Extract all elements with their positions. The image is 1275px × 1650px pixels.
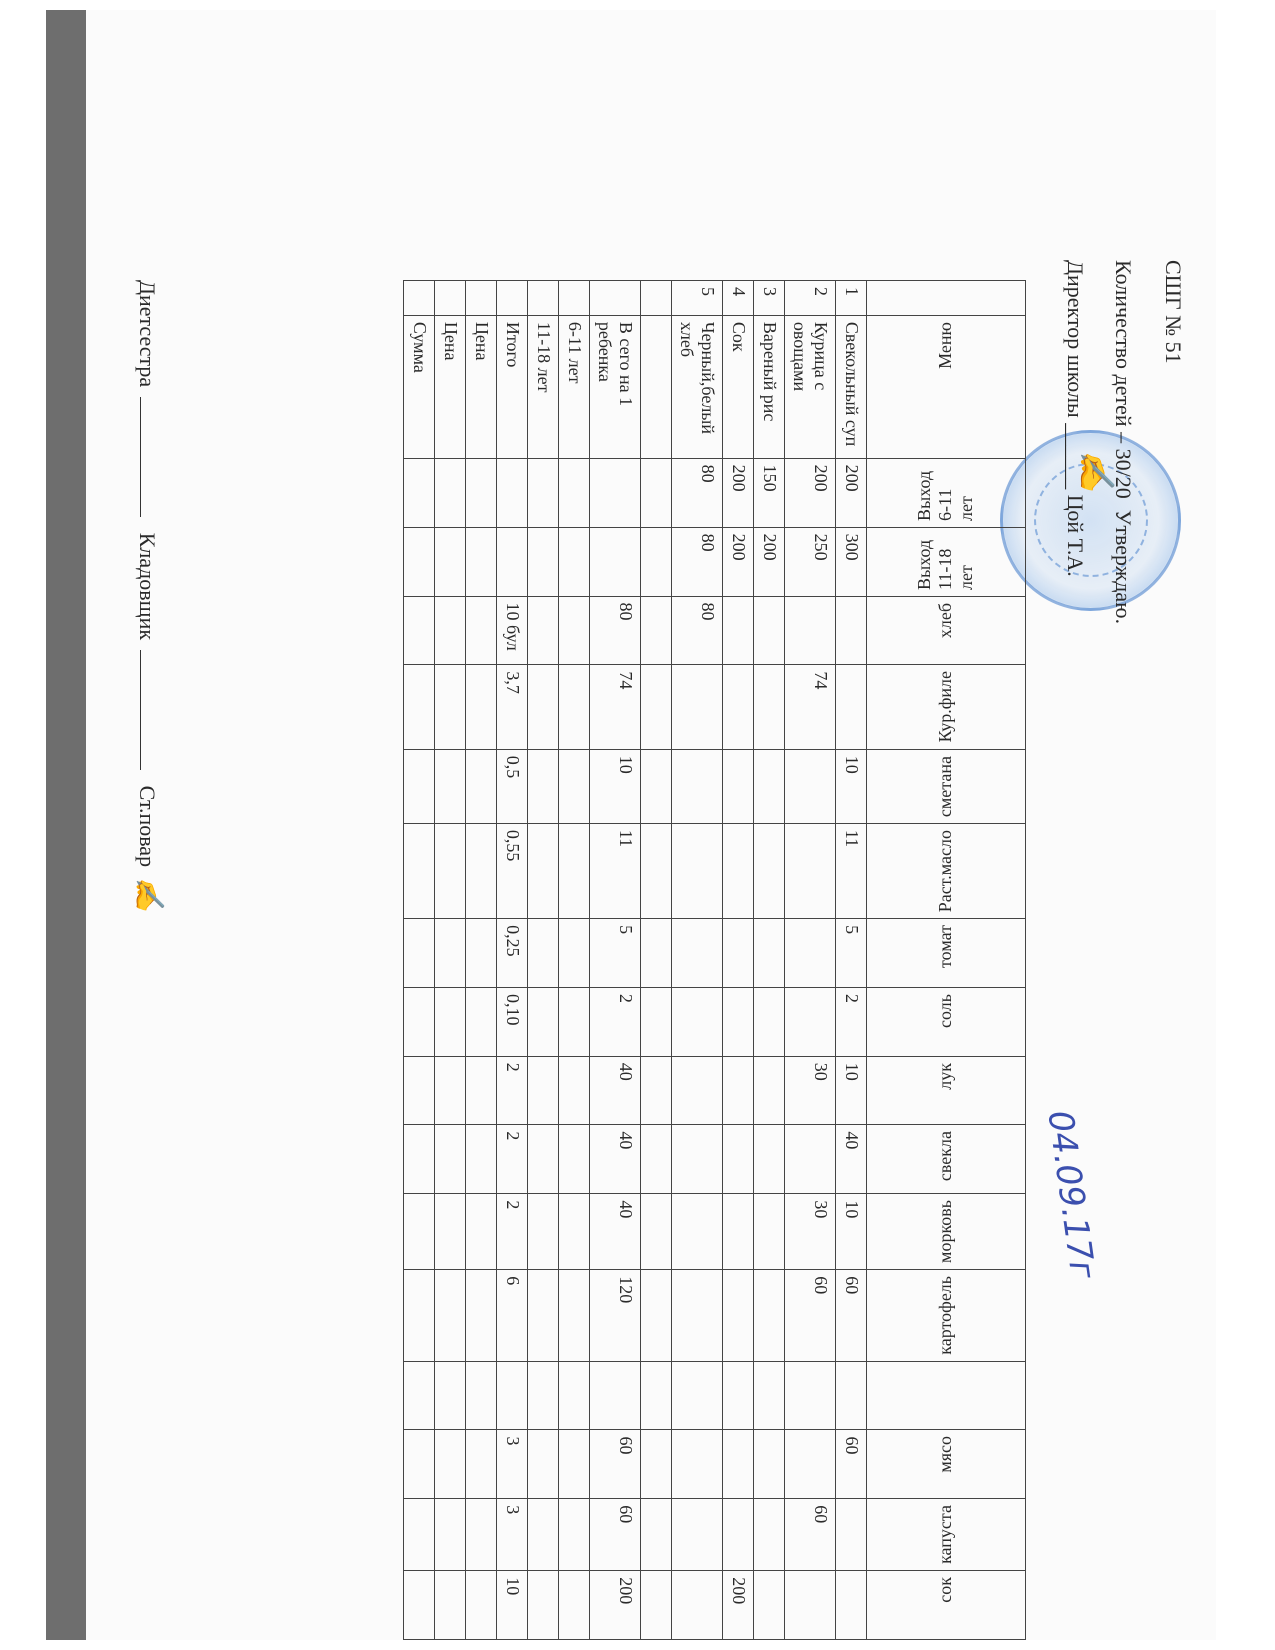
table-row: Сумма [404, 281, 435, 1640]
table-cell [466, 1430, 497, 1499]
table-cell [672, 987, 723, 1056]
column-header: соль [867, 987, 1026, 1056]
director-signature-icon: ✍ [1076, 450, 1116, 492]
table-cell [785, 1125, 836, 1194]
table-cell [672, 1056, 723, 1125]
table-cell: 2 [836, 987, 867, 1056]
table-cell [754, 1571, 785, 1640]
table-cell [528, 1499, 559, 1571]
table-cell [528, 281, 559, 316]
table-cell: 40 [590, 1056, 641, 1125]
table-cell [466, 458, 497, 527]
storekeeper-signature-line [140, 650, 141, 770]
table-row [641, 281, 672, 1640]
table-cell [754, 1056, 785, 1125]
table-cell: 150 [754, 458, 785, 527]
table-cell [435, 919, 466, 988]
table-cell [497, 1362, 528, 1430]
table-cell [723, 1194, 754, 1270]
table-cell: 5 [836, 919, 867, 988]
table-cell [754, 823, 785, 918]
dietitian-label: Диетсестра [135, 280, 160, 387]
table-cell [435, 1056, 466, 1125]
column-header [867, 281, 1026, 316]
table-cell [672, 749, 723, 823]
column-header: капуста [867, 1499, 1026, 1571]
table-cell [435, 823, 466, 918]
table-cell [466, 1125, 497, 1194]
table-cell [641, 1194, 672, 1270]
table-cell [590, 1362, 641, 1430]
table-cell [435, 749, 466, 823]
table-cell [528, 596, 559, 665]
table-cell [836, 1499, 867, 1571]
signatures-footer: Диетсестра Кладовщик Ст.повар✍ [133, 280, 166, 922]
table-row: 3Вареный рис150200 [754, 281, 785, 1640]
table-cell: 3,7 [497, 665, 528, 749]
table-cell [754, 749, 785, 823]
table-cell: 10 [836, 749, 867, 823]
table-cell: 3 [754, 281, 785, 316]
table-cell [466, 1056, 497, 1125]
table-cell: Сумма [404, 315, 435, 458]
table-cell: 1 [836, 281, 867, 316]
table-cell [672, 1571, 723, 1640]
table-cell: 60 [836, 1270, 867, 1362]
column-header: Выход 6-11 лет [867, 458, 1026, 527]
table-cell: 74 [785, 665, 836, 749]
column-header: лук [867, 1056, 1026, 1125]
table-cell [435, 1194, 466, 1270]
table-cell [435, 596, 466, 665]
column-header: Выход 11-18 лет [867, 527, 1026, 596]
table-cell [466, 1499, 497, 1571]
table-cell [723, 1499, 754, 1571]
table-cell [435, 1499, 466, 1571]
table-cell [590, 527, 641, 596]
children-count: Количество детей – 30/20 Утверждаю. [1110, 260, 1136, 624]
table-cell [559, 1362, 590, 1430]
table-cell [559, 1125, 590, 1194]
table-cell [836, 596, 867, 665]
table-cell: 5 [590, 919, 641, 988]
scan-edge [46, 10, 86, 1640]
table-cell [466, 1362, 497, 1430]
table-cell: 10 бул [497, 596, 528, 665]
table-cell [672, 665, 723, 749]
table-cell: 0,10 [497, 987, 528, 1056]
table-cell [641, 919, 672, 988]
table-cell [559, 1571, 590, 1640]
table-cell [672, 1270, 723, 1362]
table-cell [559, 1270, 590, 1362]
table-cell [404, 1056, 435, 1125]
table-cell [641, 987, 672, 1056]
table-cell [528, 1362, 559, 1430]
table-cell [641, 1362, 672, 1430]
table-cell [404, 665, 435, 749]
table-cell: 30 [785, 1194, 836, 1270]
table-cell [641, 749, 672, 823]
table-row: 2Курица с овощами2002507430306060 [785, 281, 836, 1640]
table-cell [497, 458, 528, 527]
table-cell [723, 919, 754, 988]
table-row: 6-11 лет [559, 281, 590, 1640]
dietitian-signature-line [140, 397, 141, 517]
table-row: В сего на 1 ребенка807410115240404012060… [590, 281, 641, 1640]
table-cell [404, 596, 435, 665]
table-cell: 30 [785, 1056, 836, 1125]
table-cell [466, 527, 497, 596]
table-cell: Курица с овощами [785, 315, 836, 458]
table-cell [404, 1571, 435, 1640]
table-cell [672, 1362, 723, 1430]
table-cell [641, 281, 672, 316]
table-cell [528, 749, 559, 823]
table-cell [404, 1362, 435, 1430]
table-cell: 200 [723, 527, 754, 596]
table-cell: Итого [497, 315, 528, 458]
table-cell: Вареный рис [754, 315, 785, 458]
table-cell: 74 [590, 665, 641, 749]
table-cell [435, 1430, 466, 1499]
table-cell [466, 665, 497, 749]
table-cell: Свекольный суп [836, 315, 867, 458]
table-cell: 60 [590, 1430, 641, 1499]
table-cell [466, 919, 497, 988]
table-cell [528, 823, 559, 918]
table-cell [528, 1194, 559, 1270]
table-cell: 60 [785, 1499, 836, 1571]
table-cell [672, 823, 723, 918]
table-cell: 80 [590, 596, 641, 665]
table-cell [466, 823, 497, 918]
table-cell [466, 596, 497, 665]
table-cell [785, 919, 836, 988]
table-cell [785, 987, 836, 1056]
table-cell [641, 665, 672, 749]
table-cell [754, 1362, 785, 1430]
table-cell: Цена [435, 315, 466, 458]
handwritten-date: 04.09.17г [1039, 1108, 1102, 1281]
storekeeper-label: Кладовщик [135, 533, 160, 640]
table-cell [559, 823, 590, 918]
table-cell [466, 749, 497, 823]
table-cell [559, 458, 590, 527]
table-cell [723, 1056, 754, 1125]
table-cell [528, 1056, 559, 1125]
column-header: Кур.филе [867, 665, 1026, 749]
table-cell [528, 1125, 559, 1194]
table-cell: 3 [497, 1430, 528, 1499]
table-cell: 60 [590, 1499, 641, 1571]
document-page: СШГ № 51 Количество детей – 30/20 Утверж… [86, 10, 1216, 1640]
table-cell [528, 919, 559, 988]
table-cell [528, 1270, 559, 1362]
table-cell [528, 987, 559, 1056]
table-cell [559, 1194, 590, 1270]
table-cell [723, 1125, 754, 1194]
table-row: Итого10 бул3,70,50,550,250,1022263310 [497, 281, 528, 1640]
table-cell [404, 527, 435, 596]
table-cell: 10 [590, 749, 641, 823]
column-header: томат [867, 919, 1026, 988]
table-cell [754, 1270, 785, 1362]
table-cell [559, 749, 590, 823]
table-cell [641, 458, 672, 527]
table-cell: 5 [672, 281, 723, 316]
table-cell [404, 1430, 435, 1499]
table-cell [641, 1125, 672, 1194]
table-cell [754, 987, 785, 1056]
table-cell [404, 823, 435, 918]
table-cell: 80 [672, 458, 723, 527]
table-cell [404, 1270, 435, 1362]
table-cell [528, 1571, 559, 1640]
table-cell [404, 1194, 435, 1270]
table-cell [754, 665, 785, 749]
table-cell: 10 [497, 1571, 528, 1640]
table-cell [404, 919, 435, 988]
chef-signature-icon: ✍ [133, 877, 166, 912]
column-header [867, 1362, 1026, 1430]
table-cell: Сок [723, 315, 754, 458]
table-cell: 4 [723, 281, 754, 316]
table-cell [672, 1499, 723, 1571]
table-cell [672, 1125, 723, 1194]
table-cell [785, 1571, 836, 1640]
table-cell [466, 281, 497, 316]
table-cell [435, 458, 466, 527]
table-cell [559, 1499, 590, 1571]
table-cell [723, 987, 754, 1056]
table-row: 5Черный,белый хлеб808080 [672, 281, 723, 1640]
approved-label: Утверждаю. [1111, 510, 1136, 624]
table-cell: 80 [672, 527, 723, 596]
table-cell [497, 527, 528, 596]
table-cell [754, 596, 785, 665]
table-cell [754, 1125, 785, 1194]
table-cell: 60 [785, 1270, 836, 1362]
table-cell [641, 1571, 672, 1640]
table-cell: 200 [754, 527, 785, 596]
table-cell [435, 527, 466, 596]
table-cell [754, 919, 785, 988]
table-cell [404, 1499, 435, 1571]
table-cell [404, 987, 435, 1056]
table-cell: 40 [590, 1125, 641, 1194]
table-cell [723, 665, 754, 749]
table-cell [641, 1430, 672, 1499]
table-cell: 250 [785, 527, 836, 596]
column-header: сок [867, 1571, 1026, 1640]
table-cell: 2 [590, 987, 641, 1056]
table-cell [559, 665, 590, 749]
table-cell [435, 281, 466, 316]
table-cell: 11 [836, 823, 867, 918]
table-cell [559, 1056, 590, 1125]
table-cell [404, 281, 435, 316]
table-cell: 200 [723, 1571, 754, 1640]
table-cell [641, 596, 672, 665]
table-cell: 10 [836, 1194, 867, 1270]
table-cell: 80 [672, 596, 723, 665]
table-cell: 60 [836, 1430, 867, 1499]
table-cell [528, 527, 559, 596]
table-cell [785, 1362, 836, 1430]
column-header: мясо [867, 1430, 1026, 1499]
menu-table: МенюВыход 6-11 летВыход 11-18 летхлебКур… [403, 280, 1026, 1640]
table-row: 1Свекольный суп2003001011521040106060 [836, 281, 867, 1640]
table-cell [404, 458, 435, 527]
table-cell: Черный,белый хлеб [672, 315, 723, 458]
table-cell [435, 1270, 466, 1362]
table-cell [723, 596, 754, 665]
table-cell [723, 823, 754, 918]
table-cell [435, 987, 466, 1056]
table-cell [590, 458, 641, 527]
table-cell [785, 1430, 836, 1499]
table-cell [754, 1430, 785, 1499]
table-cell: 200 [836, 458, 867, 527]
document-header: СШГ № 51 Количество детей – 30/20 Утверж… [1016, 10, 1216, 1640]
table-cell [528, 665, 559, 749]
table-cell: 2 [497, 1125, 528, 1194]
table-cell: Цена [466, 315, 497, 458]
column-header: морковь [867, 1194, 1026, 1270]
table-cell [528, 458, 559, 527]
table-cell: 3 [497, 1499, 528, 1571]
table-cell [528, 1430, 559, 1499]
table-cell [785, 823, 836, 918]
table-cell [723, 749, 754, 823]
table-row: Цена [466, 281, 497, 1640]
school-name: СШГ № 51 [1160, 260, 1186, 364]
director-line: Директор школы ______ Цой Т.А. [1062, 260, 1088, 577]
table-cell: 2 [785, 281, 836, 316]
table-header-row: МенюВыход 6-11 летВыход 11-18 летхлебКур… [867, 281, 1026, 1640]
table-row: 11-18 лет [528, 281, 559, 1640]
table-cell: 2 [497, 1194, 528, 1270]
column-header: Раст.масло [867, 823, 1026, 918]
table-cell [435, 1571, 466, 1640]
table-cell [836, 1571, 867, 1640]
table-cell [641, 315, 672, 458]
table-cell [435, 665, 466, 749]
table-cell [559, 527, 590, 596]
table-cell: 200 [723, 458, 754, 527]
column-header: хлеб [867, 596, 1026, 665]
table-cell: 300 [836, 527, 867, 596]
column-header: свекла [867, 1125, 1026, 1194]
table-cell [754, 1499, 785, 1571]
table-cell [435, 1362, 466, 1430]
table-cell: 40 [590, 1194, 641, 1270]
table-cell: 200 [590, 1571, 641, 1640]
table-cell [559, 596, 590, 665]
table-cell: 0,55 [497, 823, 528, 918]
column-header: картофель [867, 1270, 1026, 1362]
table-cell: 11-18 лет [528, 315, 559, 458]
table-cell [466, 1194, 497, 1270]
table-cell [723, 1362, 754, 1430]
table-cell: 10 [836, 1056, 867, 1125]
table-cell [641, 1499, 672, 1571]
table-cell [641, 1056, 672, 1125]
table-cell [785, 749, 836, 823]
table-cell [559, 281, 590, 316]
table-cell: 2 [497, 1056, 528, 1125]
table-cell [404, 749, 435, 823]
table-cell [785, 596, 836, 665]
table-cell [466, 1270, 497, 1362]
table-cell: 0,25 [497, 919, 528, 988]
table-cell [641, 527, 672, 596]
table-cell: 200 [785, 458, 836, 527]
table-cell [723, 1430, 754, 1499]
table-cell [404, 1125, 435, 1194]
table-cell [836, 1362, 867, 1430]
table-cell [641, 1270, 672, 1362]
table-cell: 11 [590, 823, 641, 918]
table-cell [435, 1125, 466, 1194]
chef-label: Ст.повар [135, 786, 160, 867]
table-cell [672, 1194, 723, 1270]
table-cell [497, 281, 528, 316]
table-cell [590, 281, 641, 316]
table-cell: В сего на 1 ребенка [590, 315, 641, 458]
table-cell [836, 665, 867, 749]
table-cell [559, 987, 590, 1056]
table-cell [466, 1571, 497, 1640]
table-cell: 6-11 лет [559, 315, 590, 458]
table-cell [641, 823, 672, 918]
table-cell: 120 [590, 1270, 641, 1362]
table-cell: 0,5 [497, 749, 528, 823]
table-cell [754, 1194, 785, 1270]
table-cell [466, 987, 497, 1056]
table-cell [559, 1430, 590, 1499]
column-header: сметана [867, 749, 1026, 823]
table-cell [672, 919, 723, 988]
column-header: Меню [867, 315, 1026, 458]
table-cell [672, 1430, 723, 1499]
table-cell: 40 [836, 1125, 867, 1194]
table-cell [559, 919, 590, 988]
director-name: Цой Т.А. [1063, 495, 1088, 577]
table-row: 4Сок200200200 [723, 281, 754, 1640]
table-row: Цена [435, 281, 466, 1640]
table-cell [723, 1270, 754, 1362]
table-cell: 6 [497, 1270, 528, 1362]
